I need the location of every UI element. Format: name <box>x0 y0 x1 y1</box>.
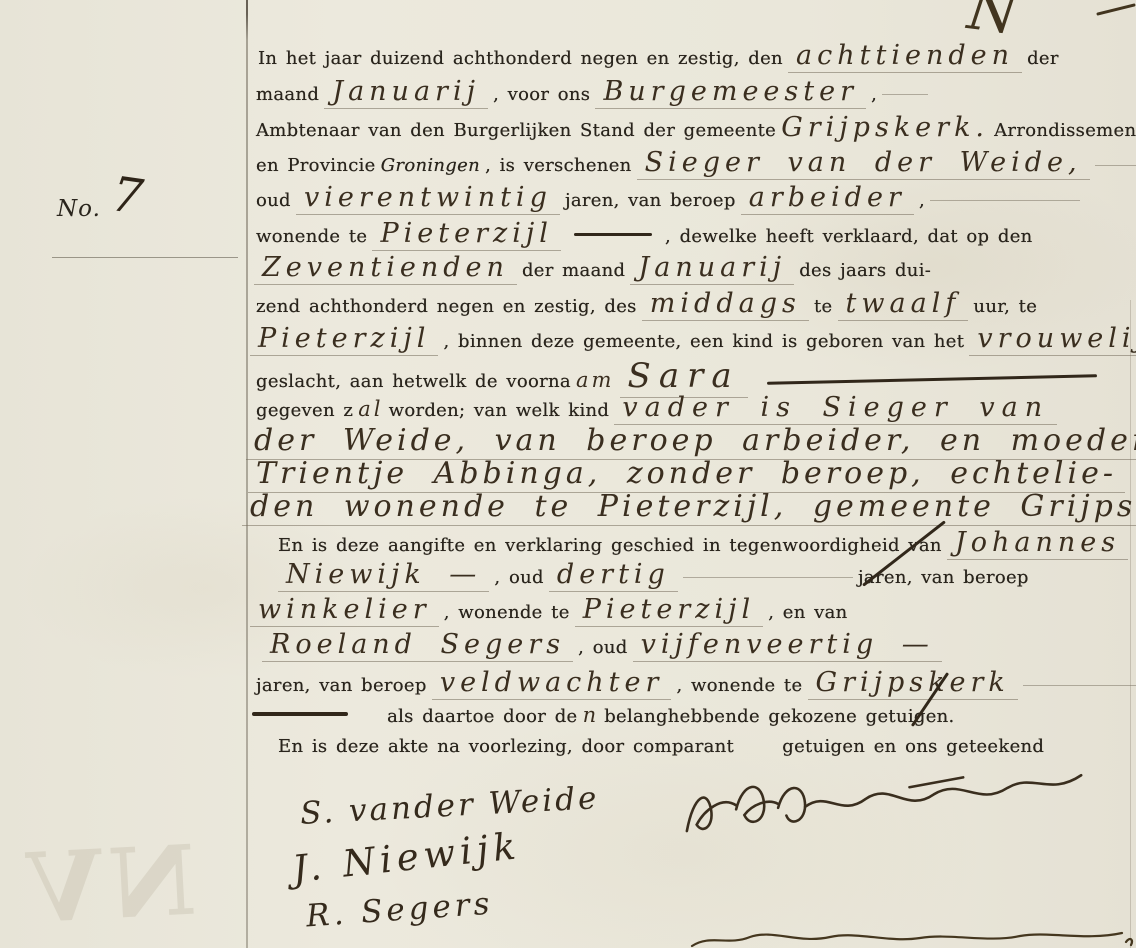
hand-municipality: Grijpskerk. <box>781 112 989 143</box>
act-line-17: winkelier , wonende te Pieterzijl , en v… <box>250 594 848 625</box>
hand-hour: twaalf <box>838 288 969 321</box>
printed-text: des jaars dui- <box>799 260 931 281</box>
ruled-line-extension <box>683 577 853 578</box>
act-line-08: zend achthonderd negen en zestig, des mi… <box>256 288 1037 319</box>
hand-witness1-age: dertig <box>549 559 678 592</box>
printed-text: der maand <box>522 260 625 281</box>
act-line-05: oud vierentwintig jaren, van beroep arbe… <box>256 182 1080 213</box>
hand-day: achttienden <box>788 40 1022 73</box>
printed-text: , is verschenen <box>485 155 632 176</box>
act-line-14: den wonende te Pieterzijl, gemeente Grij… <box>242 489 1136 524</box>
act-line-18: Roeland Segers , oud vijfenveertig — <box>262 629 942 660</box>
hand-witness1-residence: Pieterzijl <box>575 594 763 627</box>
hand-witness2-occupation: veldwachter <box>432 667 672 700</box>
ink-dash <box>252 712 348 716</box>
printed-text: , <box>871 84 877 105</box>
printed-text: En is deze aangifte en verklaring geschi… <box>278 535 942 556</box>
ruled-line-extension <box>930 200 1080 201</box>
hand-declarant-name: Sieger van der Weide, <box>637 147 1090 180</box>
printed-text: , wonende te <box>444 602 570 623</box>
printed-text: en Provincie <box>256 155 376 176</box>
act-line-12: der Weide, van beroep arbeider, en moede… <box>246 423 1136 458</box>
printed-text: jaren, van beroep <box>565 190 736 211</box>
corner-ink-stroke <box>1096 3 1136 16</box>
act-line-10: geslacht, aan hetwelk de voorna am Sara <box>256 356 1097 396</box>
printed-text: maand <box>256 84 319 105</box>
hand-gender: vrouwelijk <box>969 323 1136 356</box>
printed-text: En is deze akte na voorlezing, door comp… <box>278 736 734 757</box>
printed-text: , binnen deze gemeente, een kind is gebo… <box>443 331 964 352</box>
act-line-02: maand Januarij , voor ons Burgemeester , <box>256 76 928 107</box>
printed-text: wonende te <box>256 226 367 247</box>
printed-text: oud <box>256 190 291 211</box>
hand-birth-day: Zeventienden <box>254 252 517 285</box>
hand-parents-residence-line: den wonende te Pieterzijl, gemeente Grij… <box>242 489 1136 526</box>
printed-text: zend achthonderd negen en zestig, des <box>256 296 637 317</box>
act-line-06: wonende te Pieterzijl , dewelke heeft ve… <box>256 218 1033 249</box>
birth-record-scan: No. 7 NV N In het jaar duizend achthonde… <box>0 0 1136 948</box>
hand-birth-month: Januarij <box>630 252 794 285</box>
act-line-16: Niewijk — , oud dertig jaren, van beroep <box>278 559 1029 590</box>
act-line-03: Ambtenaar van den Burgerlijken Stand der… <box>256 112 1136 143</box>
printed-text: getuigen en ons geteekend <box>782 736 1044 757</box>
act-number-value: 7 <box>108 166 146 226</box>
margin-underline <box>52 257 238 258</box>
printed-text: In het jaar duizend achthonderd negen en… <box>258 48 783 69</box>
hand-mother-line: Trientje Abbinga, zonder beroep, echteli… <box>248 456 1125 493</box>
printed-text: , dewelke heeft verklaard, dat op den <box>665 226 1033 247</box>
act-line-11: gegeven z al worden; van welk kind vader… <box>256 392 1057 423</box>
printed-text: als daartoe door de <box>387 706 577 727</box>
ruled-line-extension <box>882 94 928 95</box>
signature-comparant: S. vander Weide <box>299 780 600 832</box>
scan-edge-rule <box>1130 300 1131 948</box>
printed-text: geslacht, aan hetwelk de voorna <box>256 371 571 392</box>
hand-word-al: al <box>358 397 383 421</box>
act-line-04: en Provincie Groningen , is verschenen S… <box>256 147 1136 178</box>
hand-witness1-occupation: winkelier <box>250 594 439 627</box>
ruled-line-extension <box>1023 685 1136 686</box>
act-line-20: als daartoe door de n belanghebbende gek… <box>252 703 955 727</box>
hand-declarant-occupation: arbeider <box>741 182 914 215</box>
printed-text: , <box>919 190 925 211</box>
ruled-line-extension <box>1095 165 1136 166</box>
signature-witness2: R. Segers <box>305 886 495 935</box>
hand-witness1-surname: Niewijk — <box>278 559 489 592</box>
hand-father-intro: vader is Sieger van <box>614 392 1057 425</box>
act-line-13: Trientje Abbinga, zonder beroep, echteli… <box>248 456 1125 491</box>
printed-text: , oud <box>494 567 543 588</box>
hand-witness1-firstname: Johannes <box>947 527 1128 560</box>
act-line-19: jaren, van beroep veldwachter , wonende … <box>256 667 1136 698</box>
printed-text: uur, te <box>973 296 1037 317</box>
signature-witness1: J. Niewijk <box>290 824 522 891</box>
hand-letter-n: n <box>583 703 600 727</box>
act-line-07: Zeventienden der maand Januarij des jaar… <box>254 252 931 283</box>
hand-witness2-name: Roeland Segers <box>262 629 573 662</box>
hand-declarant-age: vierentwintig <box>296 182 560 215</box>
printed-text: Arrondissement <box>994 120 1136 141</box>
act-line-15: En is deze aangifte en verklaring geschi… <box>278 527 1128 558</box>
printed-text: Ambtenaar van den Burgerlijken Stand der… <box>256 120 776 141</box>
printed-text: worden; van welk kind <box>389 400 610 421</box>
hand-time-of-day: middags <box>642 288 809 321</box>
hand-month: Januarij <box>324 76 488 109</box>
hand-birthplace: Pieterzijl <box>250 323 438 356</box>
printed-text: jaren, van beroep <box>256 675 427 696</box>
official-signature-flourish <box>677 753 1100 853</box>
ink-dash <box>767 374 1097 384</box>
printed-text: , voor ons <box>493 84 590 105</box>
cutoff-handwriting <box>690 928 1136 948</box>
printed-text: gegeven z <box>256 400 353 421</box>
bleedthrough-ghost: NV <box>19 824 199 946</box>
printed-text: , wonende te <box>677 675 803 696</box>
hand-declarant-residence: Pieterzijl <box>372 218 560 251</box>
hand-official-title: Burgemeester <box>595 76 866 109</box>
printed-text: , oud <box>578 637 627 658</box>
printed-province: Groningen <box>381 155 480 176</box>
ink-dash <box>574 233 652 236</box>
hand-witness2-age: vijfenveertig — <box>633 629 942 662</box>
hand-father-line: der Weide, van beroep arbeider, en moede… <box>246 423 1136 460</box>
printed-text: , en van <box>768 602 847 623</box>
act-line-09: Pieterzijl , binnen deze gemeente, een k… <box>250 323 1136 354</box>
printed-text: te <box>814 296 833 317</box>
hand-witness2-residence: Grijpskerk <box>808 667 1018 700</box>
act-number-label: No. <box>57 196 101 222</box>
printed-text: der <box>1027 48 1059 69</box>
act-line-21: En is deze akte na voorlezing, door comp… <box>278 736 1044 757</box>
hand-name-suffix: am <box>576 368 614 392</box>
act-line-01: In het jaar duizend achthonderd negen en… <box>258 40 1059 71</box>
printed-text: belanghebbende gekozene getuigen. <box>604 706 954 727</box>
